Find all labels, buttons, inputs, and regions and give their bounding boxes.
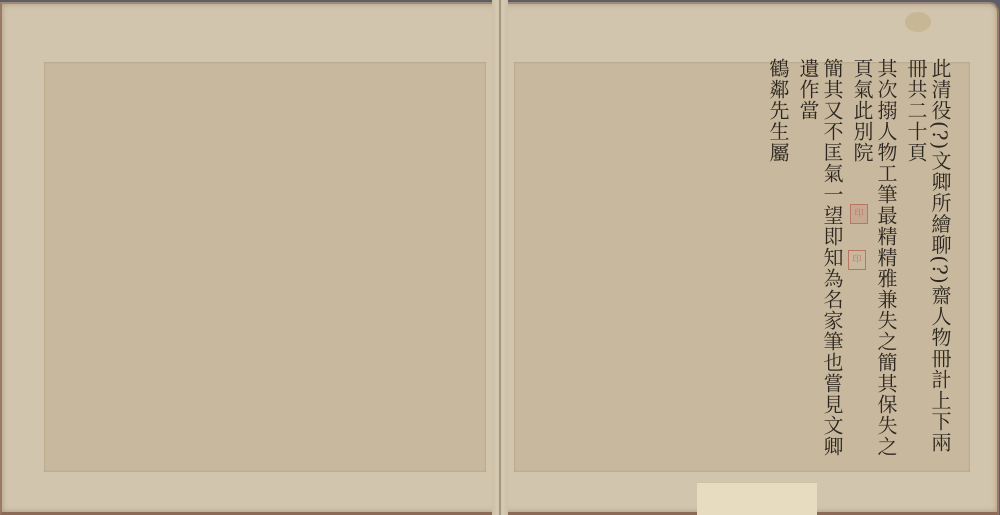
left-blank-panel <box>44 62 486 472</box>
red-seal-icon: 印 <box>848 250 866 270</box>
paper-label-slip <box>697 482 817 515</box>
left-album-leaf <box>0 2 500 515</box>
colophon-column: 此清役(?)文卿所繪聊(?)齋人物冊計上下兩冊共二十頁 <box>904 58 952 468</box>
book-gutter <box>492 0 508 515</box>
red-seal-icon: 印 <box>850 204 868 224</box>
colophon-column: 簡其又不匡氣一望即知為名家筆也嘗見文卿遺作當 <box>796 58 844 468</box>
colophon-column: 鶴鄰先生屬 <box>766 58 790 468</box>
paper-stain <box>905 12 931 32</box>
